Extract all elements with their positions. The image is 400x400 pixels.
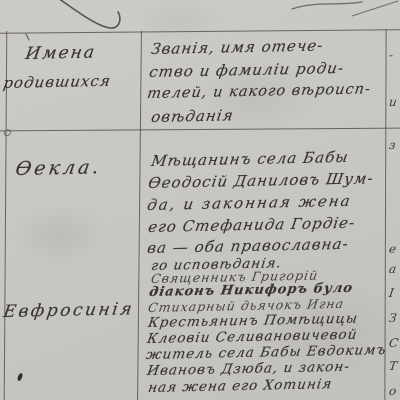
edge-fragment: е [388, 242, 397, 256]
header-bottom-rule [0, 128, 400, 132]
record1-detail-line: Ѳеодосій Даниловъ Шум- [147, 169, 375, 192]
header-parents-line1: Званія, имя отече- [150, 36, 325, 58]
middle-column-rule [137, 31, 142, 400]
scanned-register-page: Имена родившихся Званія, имя отече- ство… [0, 0, 400, 400]
edge-fragment: З [388, 311, 397, 325]
edge-fragment: о [388, 384, 397, 398]
edge-fragment: - [388, 48, 394, 62]
record1-detail-line: его Стефанида Гордіе- [147, 214, 357, 236]
record1-name: Ѳекла. [14, 156, 103, 180]
record1-detail-line: да, и законная жена [146, 192, 353, 214]
edge-fragment: з [388, 138, 397, 152]
edge-fragment: Т [388, 359, 398, 373]
record2-name: Евфросинія [2, 299, 136, 322]
edge-fragment: а [388, 262, 397, 276]
record1-detail-line: Мѣщанинъ села Бабы [150, 148, 350, 170]
header-parents-line3: телей, и какого вѣроисп- [146, 81, 372, 102]
table-top-rule [0, 29, 400, 34]
ink-blot [17, 373, 23, 382]
edge-fragment: С [388, 336, 399, 350]
edge-fragment: и [388, 95, 398, 109]
record1-detail-line: ва — оба православна- [146, 235, 350, 257]
header-parents-line2: ство и фамиліи роди- [148, 59, 345, 81]
header-names-line2: родившихся [2, 72, 112, 92]
header-names-line1: Имена [24, 43, 98, 64]
record2-detail-line: ная жена его Хотинія [147, 376, 333, 396]
edge-fragment: І [388, 286, 395, 300]
header-parents-line4: овѣданія [150, 106, 235, 126]
